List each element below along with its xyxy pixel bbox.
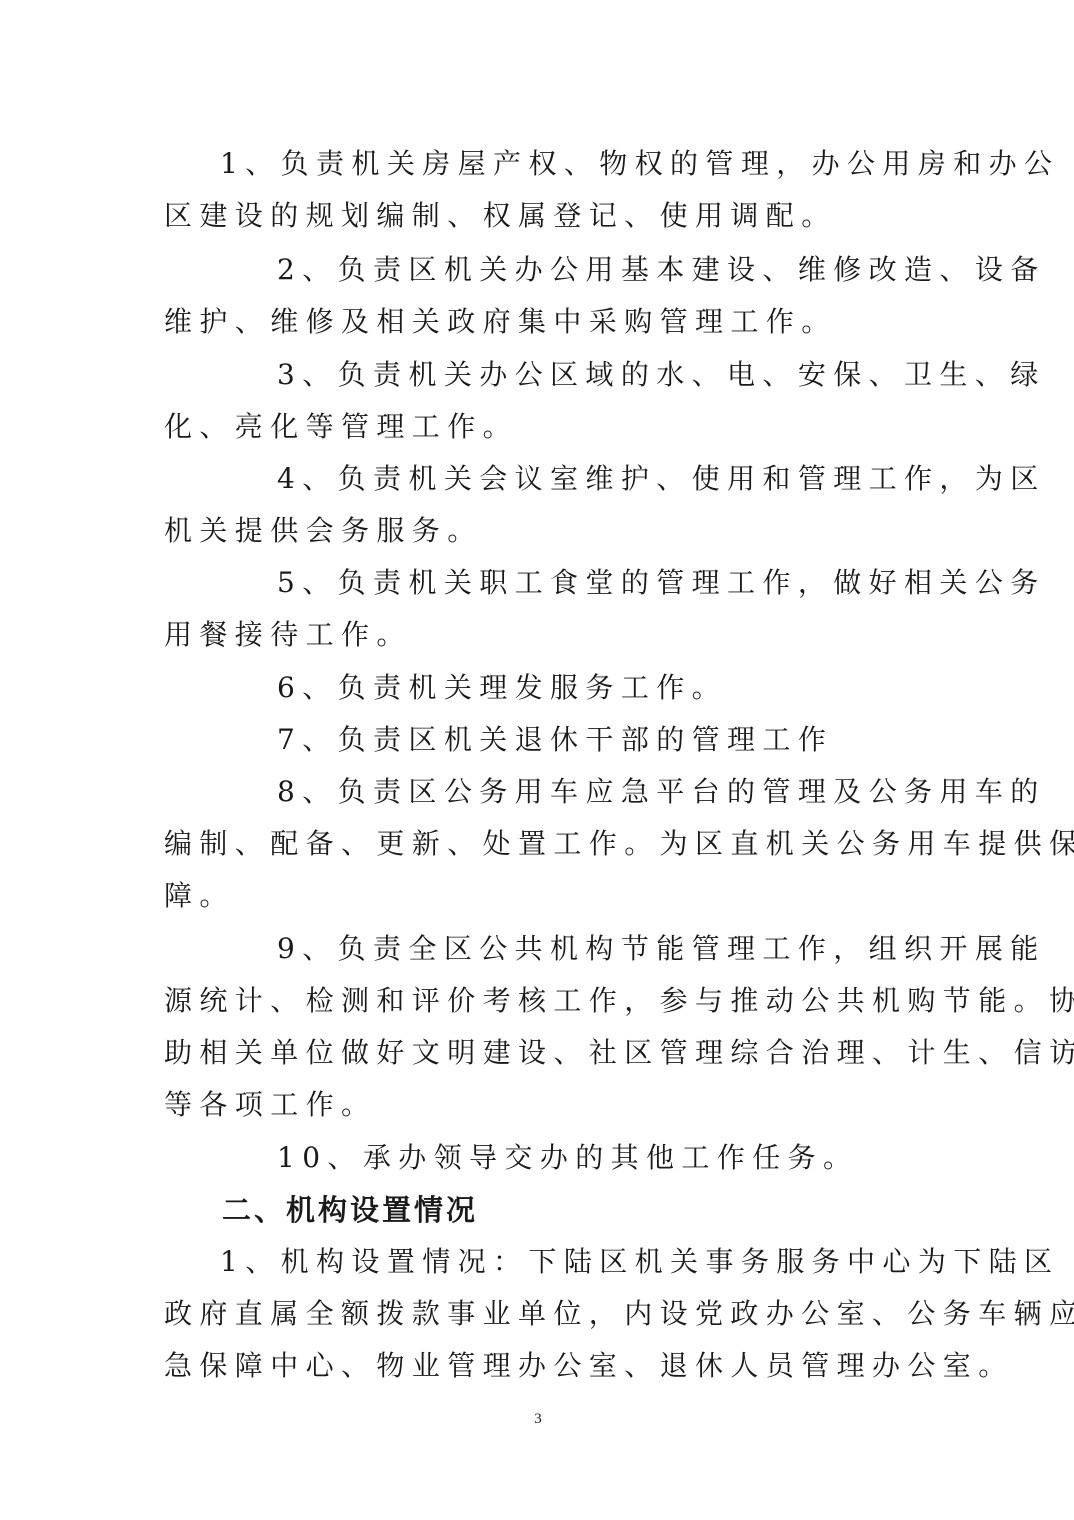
page-number: 3 — [530, 1411, 546, 1428]
duty-item-9-line-4: 等各项工作。 — [164, 1088, 914, 1122]
duty-item-7: 7、负责区机关退休干部的管理工作 — [277, 723, 1027, 757]
duty-item-3-line-2: 化、亮化等管理工作。 — [164, 410, 914, 444]
duty-item-1-line-2: 区建设的规划编制、权属登记、使用调配。 — [164, 199, 914, 233]
duty-item-8-line-1: 8、负责区公务用车应急平台的管理及公务用车的 — [277, 775, 1027, 809]
duty-item-3-line-1: 3、负责机关办公区域的水、电、安保、卫生、绿 — [277, 358, 1027, 392]
duty-item-9-line-1: 9、负责全区公共机构节能管理工作，组织开展能 — [277, 932, 1027, 966]
duty-item-9-line-2: 源统计、检测和评价考核工作，参与推动公共机购节能。协 — [164, 984, 914, 1018]
duty-item-2-line-2: 维护、维修及相关政府集中采购管理工作。 — [164, 305, 914, 339]
section-heading-organization: 二、机构设置情况 — [222, 1193, 972, 1227]
duty-item-4-line-2: 机关提供会务服务。 — [164, 514, 914, 548]
duty-item-5-line-1: 5、负责机关职工食堂的管理工作，做好相关公务 — [277, 566, 1027, 600]
organization-paragraph-line-2: 政府直属全额拨款事业单位，内设党政办公室、公务车辆应 — [164, 1297, 914, 1331]
duty-item-10: 10、承办领导交办的其他工作任务。 — [277, 1141, 1027, 1175]
duty-item-8-line-2: 编制、配备、更新、处置工作。为区直机关公务用车提供保 — [164, 827, 914, 861]
organization-paragraph-line-1: 1、机构设置情况：下陆区机关事务服务中心为下陆区 — [220, 1245, 970, 1279]
duty-item-9-line-3: 助相关单位做好文明建设、社区管理综合治理、计生、信访 — [164, 1036, 914, 1070]
duty-item-2-line-1: 2、负责区机关办公用基本建设、维修改造、设备 — [277, 253, 1027, 287]
duty-item-4-line-1: 4、负责机关会议室维护、使用和管理工作，为区 — [277, 462, 1027, 496]
document-page: 1、负责机关房屋产权、物权的管理，办公用房和办公 区建设的规划编制、权属登记、使… — [0, 0, 1074, 1520]
duty-item-1-line-1: 1、负责机关房屋产权、物权的管理，办公用房和办公 — [220, 147, 970, 181]
duty-item-6: 6、负责机关理发服务工作。 — [277, 671, 1027, 705]
duty-item-5-line-2: 用餐接待工作。 — [164, 618, 914, 652]
duty-item-8-line-3: 障。 — [164, 879, 914, 913]
organization-paragraph-line-3: 急保障中心、物业管理办公室、退休人员管理办公室。 — [164, 1349, 914, 1383]
